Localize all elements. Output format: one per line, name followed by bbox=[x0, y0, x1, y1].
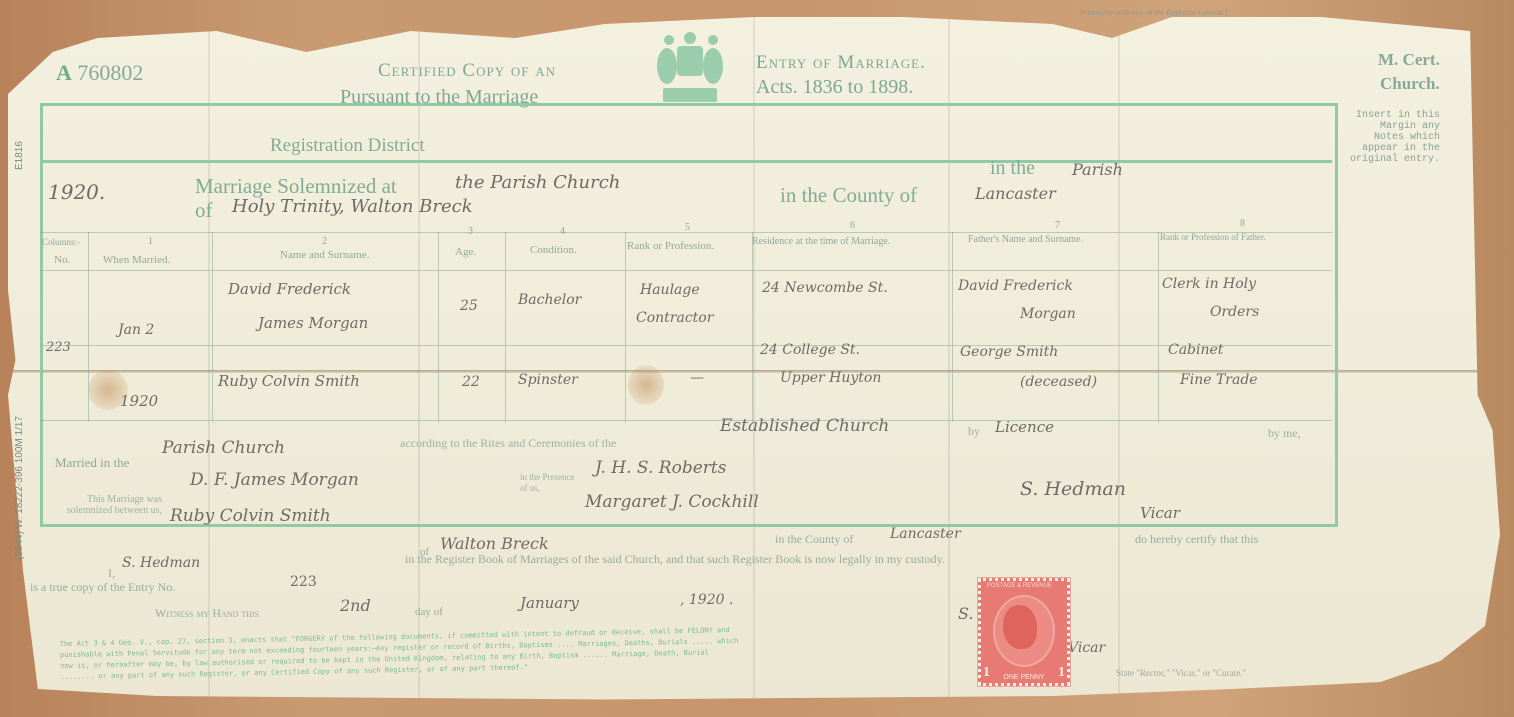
certifier-name: S. Hedman bbox=[122, 555, 200, 571]
groom-profession-1: Haulage bbox=[640, 282, 700, 298]
rites-value: Established Church bbox=[720, 416, 889, 436]
groom-name-2: James Morgan bbox=[258, 314, 368, 332]
columns-prefix: Columns:- bbox=[42, 237, 80, 247]
form-type: Church. bbox=[1380, 74, 1440, 94]
groom-residence: 24 Newcombe St. bbox=[762, 280, 888, 296]
groom-condition: Bachelor bbox=[518, 292, 581, 308]
bride-father-1: George Smith bbox=[960, 344, 1058, 360]
party-bride-signature: Ruby Colvin Smith bbox=[170, 506, 331, 526]
king-portrait-icon bbox=[1003, 605, 1037, 649]
in-the-value: Parish bbox=[1072, 160, 1123, 179]
witness-1-signature: J. H. S. Roberts bbox=[595, 458, 726, 478]
state-title-note: State "Rector," "Vicar," or "Curate." bbox=[1116, 668, 1246, 678]
groom-name-1: David Frederick bbox=[228, 280, 351, 298]
party-groom-signature: D. F. James Morgan bbox=[190, 470, 359, 490]
bride-father-rank-2: Fine Trade bbox=[1180, 372, 1258, 388]
title-left-line1: Certified Copy of an bbox=[378, 60, 556, 82]
married-in-label: Married in the bbox=[55, 455, 129, 471]
groom-father-rank-1: Clerk in Holy bbox=[1162, 276, 1256, 292]
county-label: in the County of bbox=[780, 183, 917, 208]
year-mark: 1920 bbox=[120, 392, 158, 410]
cert-year: , 1920 . bbox=[680, 592, 733, 608]
rites-label: according to the Rites and Ceremonies of… bbox=[400, 436, 616, 451]
by-label: by bbox=[968, 424, 980, 439]
col-residence: Residence at the time of Marriage. bbox=[752, 236, 890, 247]
entry-no-cert: 223 bbox=[290, 574, 317, 590]
title-right-line2: Acts. 1836 to 1898. bbox=[756, 76, 913, 99]
bride-residence-1: 24 College St. bbox=[760, 342, 860, 358]
col-rank: Rank or Profession. bbox=[627, 240, 714, 252]
i-label: I, bbox=[108, 566, 115, 581]
certify-label: do hereby certify that this bbox=[1135, 532, 1258, 547]
of-value: Holy Trinity, Walton Breck bbox=[232, 196, 473, 217]
county-value: Lancaster bbox=[975, 184, 1056, 203]
serial-number: A 760802 bbox=[56, 60, 143, 86]
bride-age: 22 bbox=[462, 374, 480, 390]
cert-signature-title: Vicar bbox=[1068, 640, 1105, 656]
day-of-label: day of bbox=[415, 606, 443, 618]
officiant-title: Vicar bbox=[1140, 504, 1180, 522]
col-when-married: When Married. bbox=[103, 254, 170, 266]
witness-hand-label: Witness my Hand this bbox=[155, 606, 259, 621]
entry-no: 223 bbox=[46, 340, 71, 355]
col-no: No. bbox=[54, 254, 70, 266]
bride-father-rank-1: Cabinet bbox=[1168, 342, 1223, 358]
printed-by: Printed by authority of the Registrar Ge… bbox=[1080, 8, 1228, 17]
form-code: M. Cert. bbox=[1378, 50, 1440, 70]
when-married: Jan 2 bbox=[118, 322, 154, 338]
of-value-cert: Walton Breck bbox=[440, 534, 549, 553]
registration-district-label: Registration District bbox=[270, 135, 425, 157]
groom-age: 25 bbox=[460, 298, 478, 314]
county-label-cert: in the County of bbox=[775, 532, 853, 547]
royal-coat-of-arms-icon bbox=[655, 28, 725, 108]
bride-condition: Spinster bbox=[518, 372, 578, 388]
col-name: Name and Surname. bbox=[280, 249, 370, 261]
stamp-value: ONE PENNY bbox=[985, 674, 1063, 681]
one-penny-postage-stamp: POSTAGE & REVENUE 1 ONE PENNY 1 bbox=[978, 578, 1070, 686]
solemnized-at-value: the Parish Church bbox=[455, 172, 620, 193]
col-father-name: Father's Name and Surname. bbox=[968, 234, 1083, 245]
in-the-label: in the bbox=[990, 157, 1035, 180]
groom-father-1: David Frederick bbox=[958, 278, 1073, 294]
cert-month: January bbox=[520, 594, 579, 612]
col-condition: Condition. bbox=[530, 244, 577, 256]
groom-father-2: Morgan bbox=[1020, 306, 1076, 322]
register-text: in the Register Book of Marriages of the… bbox=[405, 552, 945, 567]
margin-note: Insert in this Margin any Notes which ap… bbox=[1350, 110, 1440, 165]
groom-profession-2: Contractor bbox=[636, 310, 713, 326]
true-copy-label: is a true copy of the Entry No. bbox=[30, 580, 175, 595]
bride-father-2: (deceased) bbox=[1020, 374, 1097, 390]
col-age: Age. bbox=[455, 246, 476, 258]
bride-name: Ruby Colvin Smith bbox=[218, 372, 360, 390]
bride-residence-2: Upper Huyton bbox=[780, 370, 881, 386]
cert-day: 2nd bbox=[340, 596, 371, 615]
officiant-signature: S. Hedman bbox=[1020, 478, 1126, 500]
of-label: of bbox=[195, 198, 213, 223]
groom-father-rank-2: Orders bbox=[1210, 304, 1259, 320]
col-father-rank: Rank or Profession of Father. bbox=[1160, 232, 1266, 242]
solemnized-between-label: This Marriage was solemnized between us, bbox=[52, 494, 162, 516]
side-code-bottom: (5944) W. 18222-396 100M 1/17 bbox=[14, 416, 25, 560]
presence-label: in the Presence of us, bbox=[520, 472, 580, 494]
side-code-top: E1816 bbox=[14, 141, 25, 170]
by-value: Licence bbox=[995, 418, 1054, 436]
married-in-value: Parish Church bbox=[162, 438, 285, 458]
title-right-line1: Entry of Marriage. bbox=[756, 52, 926, 74]
entry-year: 1920. bbox=[48, 180, 105, 204]
county-value-cert: Lancaster bbox=[890, 526, 961, 542]
bride-profession: — bbox=[690, 370, 704, 386]
by-me-label: by me, bbox=[1268, 426, 1301, 441]
witness-2-signature: Margaret J. Cockhill bbox=[585, 492, 759, 512]
